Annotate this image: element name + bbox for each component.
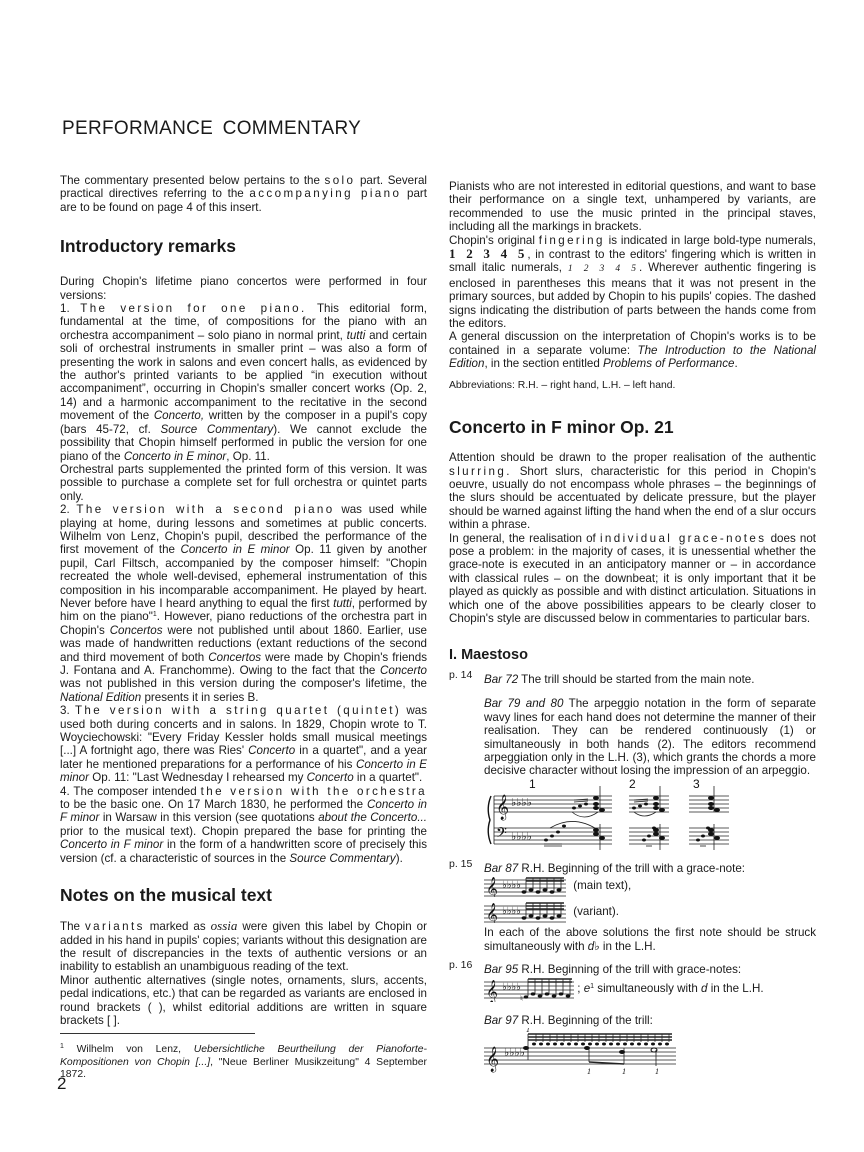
grace-notes-notation: 𝄞 ♭♭♭♭ ♮ (484, 976, 574, 1002)
svg-text:♭♭♭♭: ♭♭♭♭ (502, 880, 521, 891)
fingering-mark: 1 (655, 1067, 659, 1076)
paragraph-version-1: 1. The version for one piano. This edito… (60, 302, 427, 463)
svg-text:𝄞: 𝄞 (486, 1046, 499, 1072)
footnote-divider (60, 1033, 255, 1034)
paragraph-slurring: Attention should be drawn to the proper … (449, 451, 816, 531)
fingering-mark: 1 (587, 1067, 591, 1076)
page-ref: p. 16 (449, 959, 472, 972)
trill-notation-variant: 𝄞 ♭♭♭♭ (484, 901, 566, 923)
heading-maestoso: I. Maestoso (449, 649, 816, 662)
example-label-1: 1 (529, 778, 536, 791)
bass-clef-icon: 𝄢 (496, 825, 507, 845)
page-title: PERFORMANCE COMMENTARY (62, 118, 361, 140)
paragraph-pianists: Pianists who are not interested in edito… (449, 180, 816, 234)
music-example-bar-95: 𝄞 ♭♭♭♭ ♮ ; e1 simultaneously with d in t… (484, 976, 816, 1002)
paragraph-version-3: 3. The version with a string quartet (qu… (60, 704, 427, 784)
page-ref: p. 15 (449, 858, 472, 871)
page-ref: p. 14 (449, 669, 472, 682)
example-label-3: 3 (693, 778, 700, 791)
footnote: 1 Wilhelm von Lenz, Uebersichtliche Beur… (60, 1044, 427, 1082)
entry-bar-95: p. 16 Bar 95 R.H. Beginning of the trill… (449, 963, 816, 1002)
svg-text:𝄞: 𝄞 (486, 876, 498, 897)
svg-text:♭♭♭♭: ♭♭♭♭ (504, 1046, 525, 1059)
svg-text:♭♭♭♭: ♭♭♭♭ (511, 830, 532, 843)
paragraph-orchestral-parts: Orchestral parts supplemented the printe… (60, 463, 427, 503)
svg-text:♭♭♭♭: ♭♭♭♭ (511, 796, 532, 809)
entry-bar-97: Bar 97 R.H. Beginning of the trill: 𝄞 ♭♭… (449, 1014, 816, 1077)
svg-text:𝄞: 𝄞 (486, 979, 498, 1002)
paragraph-version-2: 2. The version with a second piano was u… (60, 503, 427, 704)
fingering-mark: 1 (526, 1028, 530, 1034)
page-number: 2 (57, 1074, 66, 1094)
intro-paragraph: The commentary presented below pertains … (60, 174, 427, 214)
heading-notes-on-musical-text: Notes on the musical text (60, 885, 427, 905)
svg-text:♮: ♮ (520, 994, 523, 1002)
fingering-mark: 1 (622, 1067, 626, 1076)
paragraph-version-4: 4. The composer intended the version wit… (60, 785, 427, 865)
svg-text:♭♭♭♭: ♭♭♭♭ (502, 906, 521, 917)
trill-bar-97-notation: 𝄞 ♭♭♭♭ 1 1 1 1 (484, 1028, 684, 1078)
heading-introductory-remarks: Introductory remarks (60, 236, 427, 256)
arpeggio-music-example: 1 2 3 (484, 778, 734, 856)
entry-bar-87: p. 15 Bar 87 R.H. Beginning of the trill… (449, 862, 816, 953)
paragraph-general-discussion: A general discussion on the interpretati… (449, 330, 816, 370)
paragraph-versions-intro: During Chopin's lifetime piano concertos… (60, 275, 427, 302)
music-example-variant: 𝄞 ♭♭♭♭ (variant). (484, 901, 816, 923)
right-column: Pianists who are not interested in edito… (449, 180, 816, 1078)
music-example-main-text: 𝄞 ♭♭♭♭ (main text), (484, 875, 816, 897)
entry-bar-72: p. 14 Bar 72 The trill should be started… (449, 673, 816, 686)
svg-text:𝄞: 𝄞 (486, 902, 498, 923)
abbreviations: Abbreviations: R.H. – right hand, L.H. –… (449, 380, 816, 393)
paragraph-variants: The variants marked as ossia were given … (60, 919, 427, 974)
entry-bar-79-80: Bar 79 and 80 The arpeggio notation in t… (449, 697, 816, 855)
left-column: The commentary presented below pertains … (60, 174, 427, 1082)
paragraph-grace-notes: In general, the realisation of individua… (449, 532, 816, 626)
example-label-2: 2 (629, 778, 636, 791)
svg-text:♭♭♭♭: ♭♭♭♭ (502, 982, 521, 993)
treble-clef-icon: 𝄞 (496, 794, 509, 820)
paragraph-fingering: Chopin's original fingering is indicated… (449, 234, 816, 331)
heading-concerto-f-minor: Concerto in F minor Op. 21 (449, 417, 816, 437)
trill-notation-main: 𝄞 ♭♭♭♭ (484, 875, 566, 897)
paragraph-alternatives: Minor authentic alternatives (single not… (60, 974, 427, 1028)
